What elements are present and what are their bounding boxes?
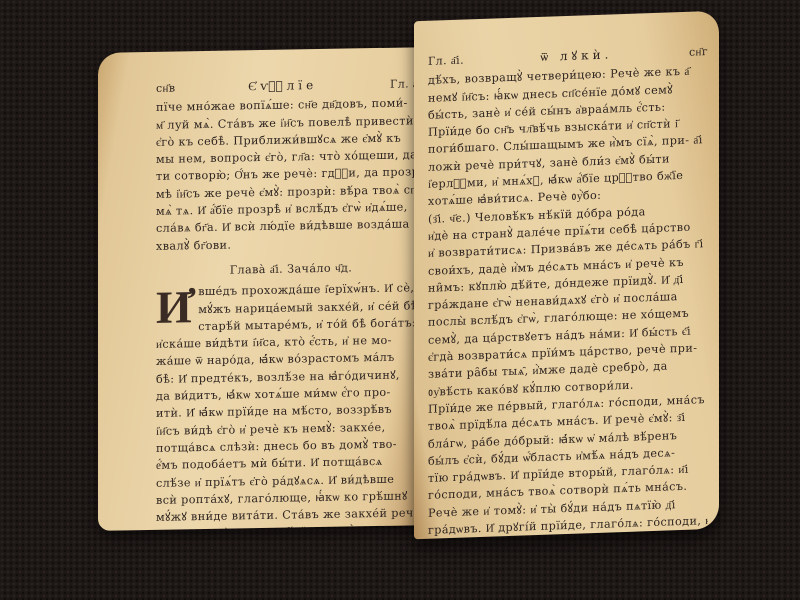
open-book: сн҃в Є҆ѵⷢ҇лїе Гл. а҃і. пїче мно́жае вопї… — [0, 0, 800, 600]
right-running-title: ѿ лꙋкѝ. — [540, 46, 612, 66]
left-running-header: сн҃в Є҆ѵⷢ҇лїе Гл. а҃і. — [156, 75, 426, 97]
right-page: Гл. а҃і. ѿ лꙋкѝ. сн҃г дѣ́хъ, возвращꙋ̀ ч… — [414, 11, 719, 540]
drop-cap-initial: И҆ — [156, 284, 192, 331]
text-line: хвалꙋ̀ бг҃ови. — [156, 233, 426, 255]
right-page-number: сн҃г — [689, 43, 708, 61]
right-chapter-ref: Гл. а҃і. — [428, 52, 464, 71]
chapter-body: И҆ вше́дъ прохожда́ше і҆ерїхѡ́нъ. И҆ сѐ,… — [156, 279, 426, 530]
left-page: сн҃в Є҆ѵⷢ҇лїе Гл. а҃і. пїче мно́жае вопї… — [98, 47, 428, 531]
zachalo-marker: (з҃і. ч҃є.) — [428, 211, 471, 225]
left-page-number: сн҃в — [156, 80, 175, 98]
left-running-title: Є҆ѵⷢ҇лїе — [248, 77, 317, 96]
chapter-heading: Глава̀ а҃і. Зача́ло ч҃д. — [156, 258, 426, 280]
